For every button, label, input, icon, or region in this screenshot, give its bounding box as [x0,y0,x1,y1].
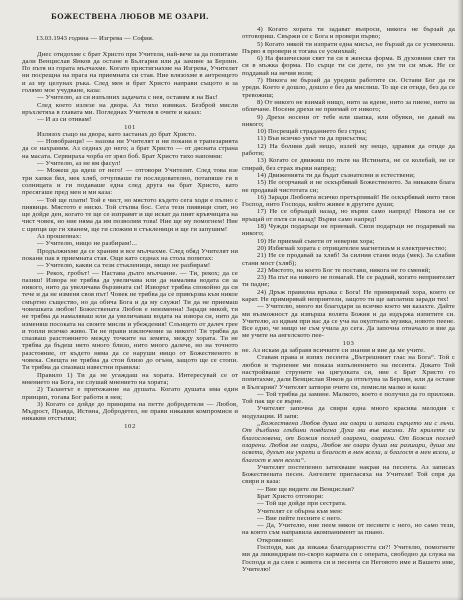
paragraph: Учителят постепенно затихваше накрая на … [242,464,455,486]
paragraph: 20) Избягвай хората с отрицателен магнет… [242,245,455,252]
paragraph: 14) Движенията ти да бъдат съзнателни и … [242,172,455,179]
paragraph: Учителят се обърна към мен: [242,508,455,515]
dialog-line: — И аз си отивам! [22,116,238,123]
paragraph: 13) Когато се движиш по пътя на Истината… [242,157,455,172]
paragraph: 16) Заради Любовта всичко претърпявай! Н… [242,194,455,209]
page-number: 101 [22,124,238,131]
dialog-line: — Учителю, нищо не разбирам!... [22,240,238,247]
paragraph: 9) Дрехи носени от тебе или шапка, или о… [242,114,455,129]
page-number: 103 [242,340,455,347]
paragraph: 5) Когато някой ти изпрати една мисъл, н… [242,41,455,56]
paragraph: 7) Никога не бързай да уредиш работите с… [242,77,455,99]
dialog-line: — Учителю, какви са тези стъкленици, нищ… [22,262,238,269]
dialog-line: — Да, Учителю, ние пеем някои от песните… [242,522,455,537]
dialog-line: — Новобранци! — назова ни Учителят и ни … [22,138,238,160]
paragraph: 6) На физическия свят ти си в женска фор… [242,55,455,77]
paragraph: След което излезе на двора. Аз тихо изви… [22,102,238,117]
page-title: БОЖЕСТВЕНА ЛЮБОВ МЕ ОЗАРИ. [22,13,238,20]
paragraph: 21) Не се продавай за хляб! За силния ст… [242,252,455,267]
paragraph: 4) Когато хората ти задават въпроси, ник… [242,26,455,41]
song-text: „Божествена Любов душа ми озари и запали… [242,420,455,464]
left-column: БОЖЕСТВЕНА ЛЮБОВ МЕ ОЗАРИ. 13.03.1943 го… [22,13,238,430]
page-number: 102 [22,423,238,430]
scanned-book-page: БОЖЕСТВЕНА ЛЮБОВ МЕ ОЗАРИ. 13.03.1943 го… [0,0,463,600]
paragraph: 19) Не приемай съвети от неверни хора; [242,238,455,245]
paragraph: 15) Не огорчавай и не оскърбявай Божеств… [242,179,455,194]
paragraph: Откровение: [242,537,455,544]
paragraph: 8) От никого не взимай нищо, нито за яде… [242,99,455,114]
paragraph: Ставам права и изпях песента „Вътрешният… [242,354,455,390]
paragraph: Учителят започна да свири една много кра… [242,405,455,420]
paragraph: Продължихме да се храним и все мълчахме.… [22,248,238,263]
paragraph: Правило 1) Ти да не угаждаш на хората. И… [22,372,238,387]
paragraph: Днес отидохме с брат Христо при Учителя,… [22,51,238,95]
paragraph: 22) Мястото, на което Бог те постави, ни… [242,267,455,274]
paragraph: Излязох също на двора, като застанах до … [22,131,238,138]
paragraph: Аз прошепнах: [22,233,238,240]
dialog-line: — Учителю, аз не ям фасул! [22,160,238,167]
paragraph: 18) Чужди подаръци не приемай. Свои пода… [242,223,455,238]
paragraph: не. Аз искам да забравя всичките си знан… [242,347,455,354]
dialog-line: — Той ще дойде при сестрата. [242,500,455,507]
paragraph: 3) Когато се дойде до принципа на петте … [22,401,238,423]
dialog-line: — Учителю, много ви благодаря за всичко … [242,303,455,339]
dialog-line: — Учителю, аз си изпълних задачата с нея… [22,94,238,101]
paragraph: 23) На път на никого не помагай. Не се р… [242,274,455,289]
dialog-line: — Той ще плати! Той е чист, но мястото к… [22,197,238,233]
dialog-line: — Той трябва да замине. Малкото, което е… [242,391,455,406]
dialog-line: — Рекох, гробът! — Настава дълго мълчани… [22,270,238,372]
paragraph: 12) На болния дай нещо, излей му нещо, з… [242,143,455,158]
left-text-flow: Днес отидохме с брат Христо при Учителя,… [22,51,238,430]
paragraph: 17) Не се обръщай назад, но върви само н… [242,208,455,223]
paragraph: Брат Христо отговори: [242,493,455,500]
paragraph: 24) Дръж правилна връзка с Бога! Не прим… [242,289,455,304]
right-text-flow: 4) Когато хората ти задават въпроси, ник… [242,26,455,573]
paragraph: 11) Във всичко умът ти да присъства; [242,135,455,142]
paragraph: Господи, как да изкажа благодарността си… [242,544,455,573]
paragraph: 2) Талантът е притежание на душата. Кога… [22,386,238,401]
dialog-line: — Вие пейте песните с него. [242,515,455,522]
dateline: 13.03.1943 година — Изгрева — София. [22,35,238,42]
dialog-line: — Можеш да ядеш от него! — отговори Учит… [22,167,238,196]
paragraph: 10) Посрещай страданието без страх; [242,128,455,135]
dialog-line: — Вие ще видите ли Венцислав? [242,486,455,493]
right-column: 4) Когато хората ти задават въпроси, ник… [242,26,455,573]
